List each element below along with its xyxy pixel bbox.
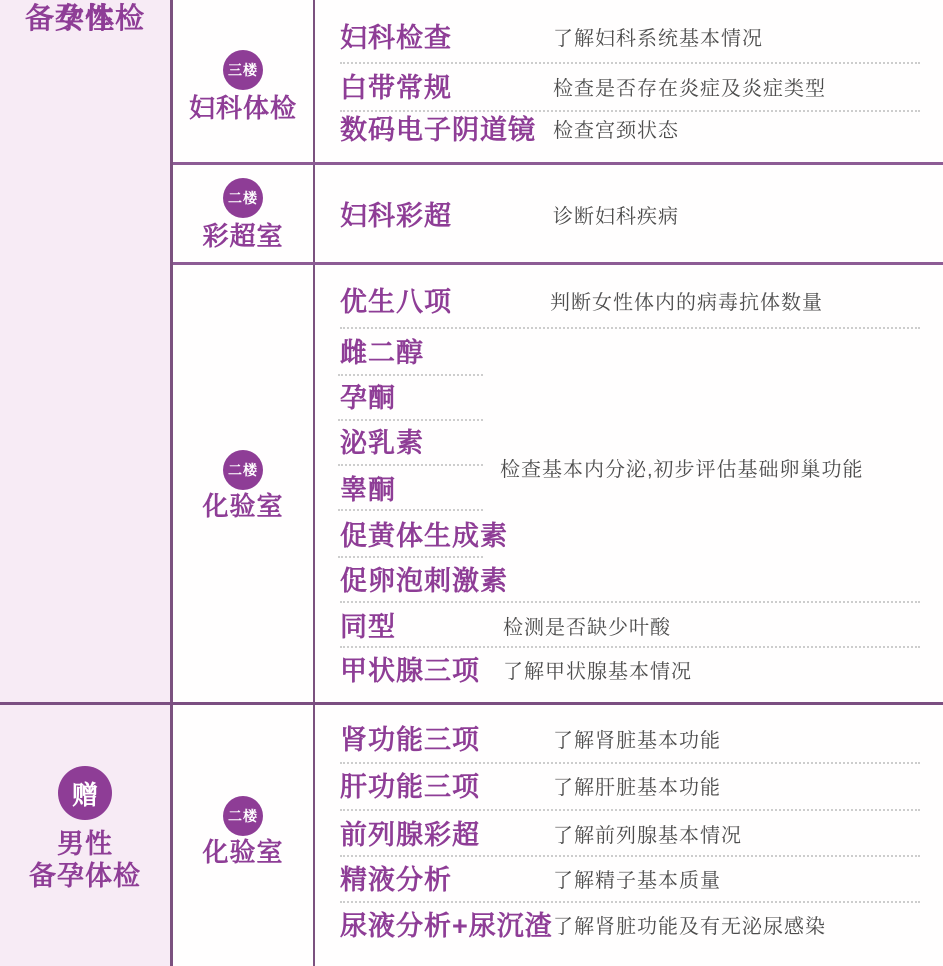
item-name: 同型 [340, 614, 396, 641]
floor-badge: 二楼 [223, 796, 263, 836]
row-divider-dotted [338, 509, 483, 511]
item-name: 妇科彩超 [340, 203, 452, 230]
room-label: 化验室 [173, 838, 313, 866]
item-name: 尿液分析+尿沉渣 [340, 913, 553, 940]
row-divider-dotted [338, 464, 483, 466]
row-divider-dotted [340, 646, 920, 648]
item-name: 孕酮 [340, 385, 396, 412]
floor-badge: 三楼 [223, 50, 263, 90]
item-name: 数码电子阴道镜 [340, 117, 536, 144]
row-divider-dotted [340, 762, 920, 764]
item-name: 雌二醇 [340, 340, 424, 367]
row-divider-dotted [340, 809, 920, 811]
row-divider-dotted [340, 901, 920, 903]
item-desc: 判断女性体内的病毒抗体数量 [550, 293, 823, 314]
room-label: 妇科体检 [173, 94, 313, 122]
item-desc: 了解妇科系统基本情况 [553, 29, 763, 50]
item-desc: 了解精子基本质量 [553, 871, 721, 892]
item-name: 肝功能三项 [340, 774, 480, 801]
item-desc: 诊断妇科疾病 [553, 207, 679, 228]
room-label: 化验室 [173, 492, 313, 520]
row-divider-dotted [338, 419, 483, 421]
row-divider-dotted [340, 110, 920, 112]
item-name: 妇科检查 [340, 25, 452, 52]
category-female-line2: 备孕体检 [0, 0, 170, 38]
section-divider-1 [173, 162, 943, 165]
item-name: 精液分析 [340, 867, 452, 894]
item-desc: 了解肝脏基本功能 [553, 778, 721, 799]
section-divider-3 [0, 702, 943, 705]
checkup-table: 女性 备孕体检 赠 男性 备孕体检 三楼 妇科体检 妇科检查 了解妇科系统基本情… [0, 0, 943, 966]
category-male-line1: 男性 [0, 828, 170, 860]
item-name: 泌乳素 [340, 430, 424, 457]
section-divider-2 [173, 262, 943, 265]
row-divider-dotted [340, 327, 920, 329]
grid-vline-1 [170, 0, 173, 966]
item-name: 促卵泡刺激素 [340, 568, 508, 595]
row-divider-dotted [338, 374, 483, 376]
category-male-line2: 备孕体检 [0, 860, 170, 892]
item-desc: 了解肾脏基本功能 [553, 731, 721, 752]
category-panel [0, 0, 170, 966]
item-desc: 了解前列腺基本情况 [553, 826, 742, 847]
floor-badge: 二楼 [223, 450, 263, 490]
item-desc: 检查宫颈状态 [553, 121, 679, 142]
floor-badge: 二楼 [223, 178, 263, 218]
item-desc: 检查是否存在炎症及炎症类型 [553, 79, 826, 100]
gift-badge: 赠 [58, 766, 112, 820]
item-desc: 了解甲状腺基本情况 [503, 662, 692, 683]
item-name: 肾功能三项 [340, 727, 480, 754]
item-name: 白带常规 [340, 75, 452, 102]
grid-vline-2 [313, 0, 315, 966]
item-desc: 了解肾脏功能及有无泌尿感染 [553, 917, 826, 938]
item-name: 前列腺彩超 [340, 822, 480, 849]
row-divider-dotted [340, 601, 920, 603]
item-name: 睾酮 [340, 477, 396, 504]
item-name: 促黄体生成素 [340, 523, 508, 550]
item-desc: 检测是否缺少叶酸 [503, 618, 671, 639]
row-divider-dotted [340, 62, 920, 64]
item-name: 甲状腺三项 [340, 658, 480, 685]
merged-desc: 检查基本内分泌,初步评估基础卵巢功能 [500, 460, 864, 481]
row-divider-dotted [340, 855, 920, 857]
row-divider-dotted [338, 556, 483, 558]
room-label: 彩超室 [173, 222, 313, 250]
item-name: 优生八项 [340, 289, 452, 316]
